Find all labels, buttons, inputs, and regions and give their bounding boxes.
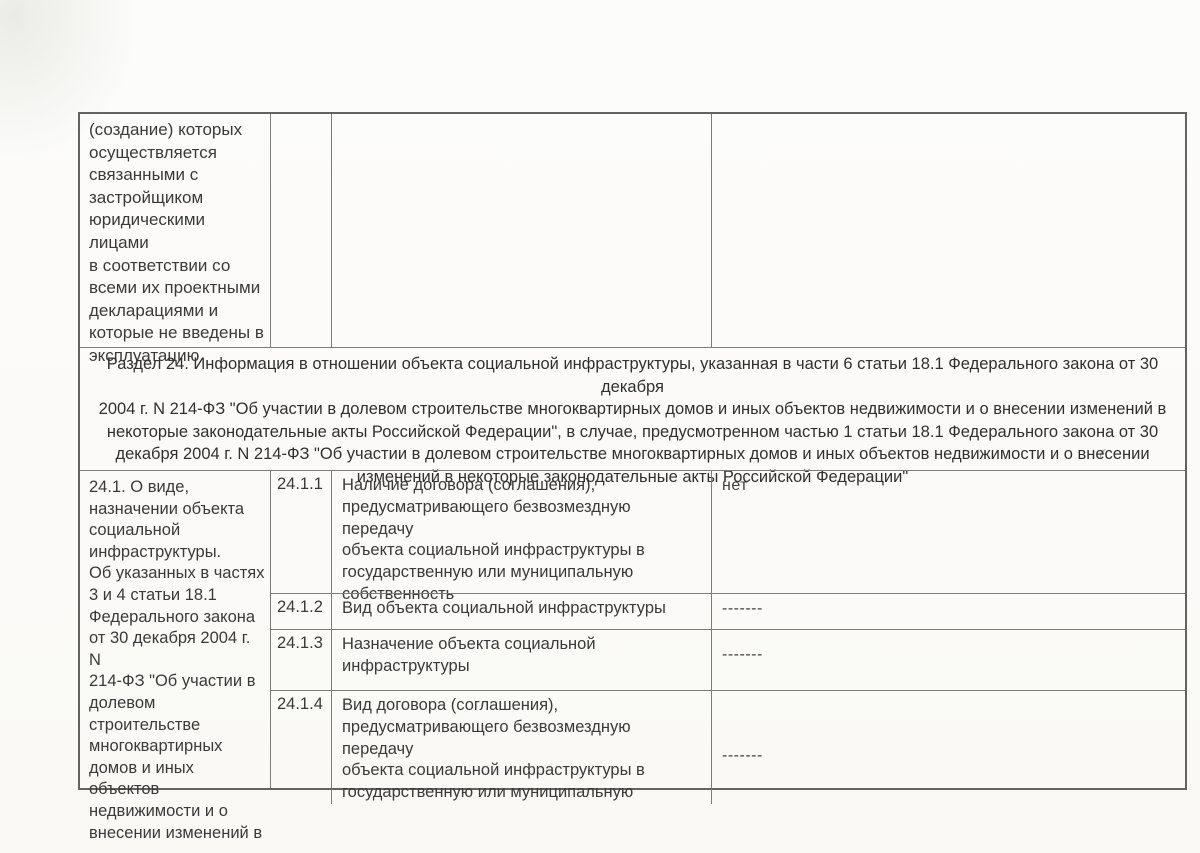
category-text-24-1: 24.1. О виде, назначении объекта социаль…	[80, 471, 270, 844]
continuation-row: (создание) которых осуществляется связан…	[80, 114, 1185, 347]
continuation-number-cell-empty	[271, 114, 332, 347]
scanned-document-page: { "document": { "continuation_cell": { "…	[0, 0, 1200, 853]
row-value: -------	[712, 630, 1185, 690]
section-24-header: Раздел 24. Информация в отношении объект…	[80, 347, 1185, 470]
row-number: 24.1.4	[271, 691, 332, 804]
row-description: Наличие договора (соглашения), предусмат…	[332, 471, 712, 593]
continuation-description-cell-empty	[332, 114, 712, 347]
table-row: 24.1.4 Вид договора (соглашения), предус…	[271, 690, 1185, 804]
declaration-table: (создание) которых осуществляется связан…	[78, 112, 1187, 790]
category-cell-24-1: 24.1. О виде, назначении объекта социаль…	[80, 471, 271, 788]
row-value: -------	[712, 594, 1185, 629]
row-description: Вид договора (соглашения), предусматрива…	[332, 691, 712, 804]
row-description: Вид объекта социальной инфраструктуры	[332, 594, 712, 629]
row-number: 24.1.3	[271, 630, 332, 690]
continuation-text: (создание) которых осуществляется связан…	[80, 114, 270, 368]
row-value: -------	[712, 691, 1185, 804]
section-24-1-rows: 24.1.1 Наличие договора (соглашения), пр…	[271, 471, 1185, 788]
continuation-category-cell: (создание) которых осуществляется связан…	[80, 114, 271, 347]
table-row: 24.1.1 Наличие договора (соглашения), пр…	[271, 471, 1185, 593]
row-description: Назначение объекта социальной инфраструк…	[332, 630, 712, 690]
table-row: 24.1.3 Назначение объекта социальной инф…	[271, 629, 1185, 690]
table-row: 24.1.2 Вид объекта социальной инфраструк…	[271, 593, 1185, 629]
row-value: нет	[712, 471, 1185, 593]
row-number: 24.1.2	[271, 594, 332, 629]
row-number: 24.1.1	[271, 471, 332, 593]
continuation-value-cell-empty	[712, 114, 1185, 347]
section-24-1: 24.1. О виде, назначении объекта социаль…	[80, 470, 1185, 788]
